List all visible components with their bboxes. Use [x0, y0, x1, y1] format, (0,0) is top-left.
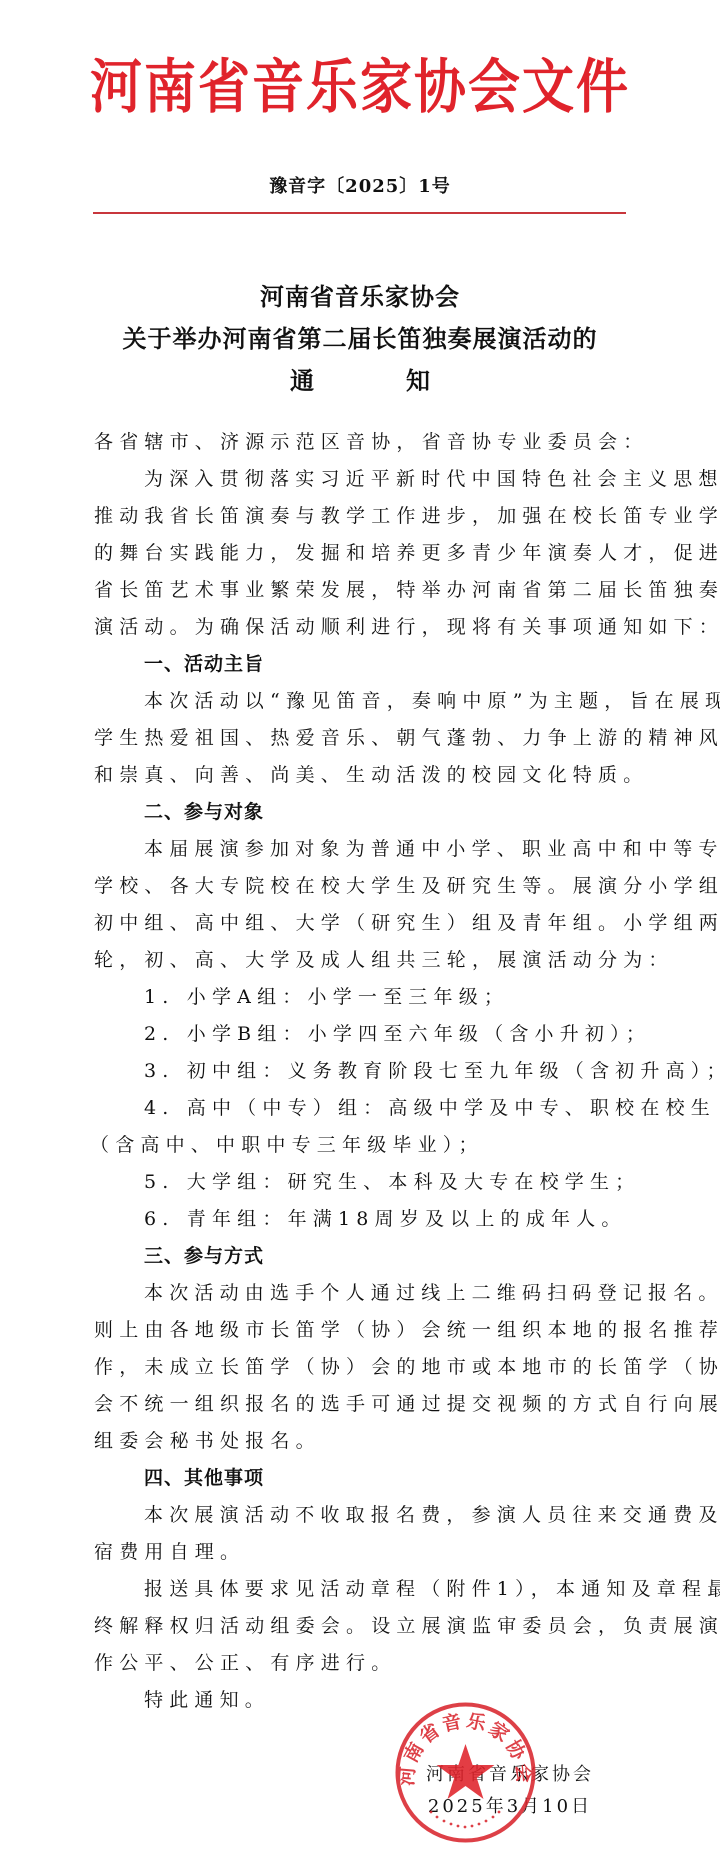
signature-block: 河南省音乐家协会 2025年3月10日 [360, 1760, 660, 1824]
section-line: 本次活动以“豫见笛音，奏响中原”为主题，旨在展现 [94, 683, 634, 720]
section-line: 组委会秘书处报名。 [94, 1423, 634, 1460]
section-line: 本届展演参加对象为普通中小学、职业高中和中等专业 [94, 831, 634, 868]
document-number: 豫音字〔2025〕1号 [0, 175, 720, 199]
intro-line: 的舞台实践能力，发掘和培养更多青少年演奏人才，促进我 [94, 535, 634, 572]
section-line: 终解释权归活动组委会。设立展演监审委员会，负责展演工 [94, 1608, 634, 1645]
section-line: 作公平、公正、有序进行。 [94, 1645, 634, 1682]
closing-remark: 特此通知。 [94, 1682, 634, 1719]
section-heading-method: 三、参与方式 [94, 1238, 634, 1275]
section-line: 学生热爱祖国、热爱音乐、朝气蓬勃、力争上游的精神风貌 [94, 720, 634, 757]
red-divider-line [93, 212, 626, 214]
title-char-zhi: 知 [406, 360, 430, 402]
group-item: 2. 小学B组：小学四至六年级（含小升初）； [94, 1016, 634, 1053]
intro-line: 演活动。为确保活动顺利进行，现将有关事项通知如下： [94, 609, 634, 646]
section-heading-purpose: 一、活动主旨 [94, 646, 634, 683]
signature-date: 2025年3月10日 [360, 1792, 660, 1824]
section-heading-participants: 二、参与对象 [94, 794, 634, 831]
group-item: 5. 大学组：研究生、本科及大专在校学生； [94, 1164, 634, 1201]
issuer-title: 河南省音乐家协会文件 [0, 52, 720, 124]
signature-organization: 河南省音乐家协会 [360, 1760, 660, 1792]
section-heading-other: 四、其他事项 [94, 1460, 634, 1497]
section-line: 报送具体要求见活动章程（附件1），本通知及章程最 [94, 1571, 634, 1608]
section-line: 会不统一组织报名的选手可通过提交视频的方式自行向展演 [94, 1386, 634, 1423]
group-item: 3. 初中组：义务教育阶段七至九年级（含初升高）； [94, 1053, 634, 1090]
section-line: 轮，初、高、大学及成人组共三轮，展演活动分为： [94, 942, 634, 979]
intro-line: 推动我省长笛演奏与教学工作进步，加强在校长笛专业学生 [94, 498, 634, 535]
group-item: 6. 青年组：年满18周岁及以上的成年人。 [94, 1201, 634, 1238]
title-char-tong: 通 [290, 360, 314, 402]
salutation: 各省辖市、济源示范区音协，省音协专业委员会： [94, 424, 634, 461]
document-page: 河南省音乐家协会文件 豫音字〔2025〕1号 河南省音乐家协会 关于举办河南省第… [0, 0, 720, 1876]
section-line: 和崇真、向善、尚美、生动活泼的校园文化特质。 [94, 757, 634, 794]
section-line: 初中组、高中组、大学（研究生）组及青年组。小学组两 [94, 905, 634, 942]
intro-line: 为深入贯彻落实习近平新时代中国特色社会主义思想， [94, 461, 634, 498]
group-item: 4. 高中（中专）组：高级中学及中专、职校在校生 [94, 1090, 634, 1127]
intro-line: 省长笛艺术事业繁荣发展，特举办河南省第二届长笛独奏展 [94, 572, 634, 609]
group-item-continuation: （含高中、中职中专三年级毕业）； [90, 1127, 634, 1164]
section-line: 作，未成立长笛学（协）会的地市或本地市的长笛学（协） [94, 1349, 634, 1386]
section-line: 学校、各大专院校在校大学生及研究生等。展演分小学组、 [94, 868, 634, 905]
notice-body: 各省辖市、济源示范区音协，省音协专业委员会： 为深入贯彻落实习近平新时代中国特色… [94, 424, 634, 1719]
section-line: 宿费用自理。 [94, 1534, 634, 1571]
section-line: 本次活动由选手个人通过线上二维码扫码登记报名。原 [94, 1275, 634, 1312]
section-line: 本次展演活动不收取报名费，参演人员往来交通费及食 [94, 1497, 634, 1534]
title-line-3: 通知 [0, 360, 720, 402]
group-item: 1. 小学A组：小学一至三年级； [94, 979, 634, 1016]
title-line-1: 河南省音乐家协会 [0, 276, 720, 318]
section-line: 则上由各地级市长笛学（协）会统一组织本地的报名推荐工 [94, 1312, 634, 1349]
notice-title: 河南省音乐家协会 关于举办河南省第二届长笛独奏展演活动的 通知 [0, 276, 720, 402]
title-line-2: 关于举办河南省第二届长笛独奏展演活动的 [0, 318, 720, 360]
